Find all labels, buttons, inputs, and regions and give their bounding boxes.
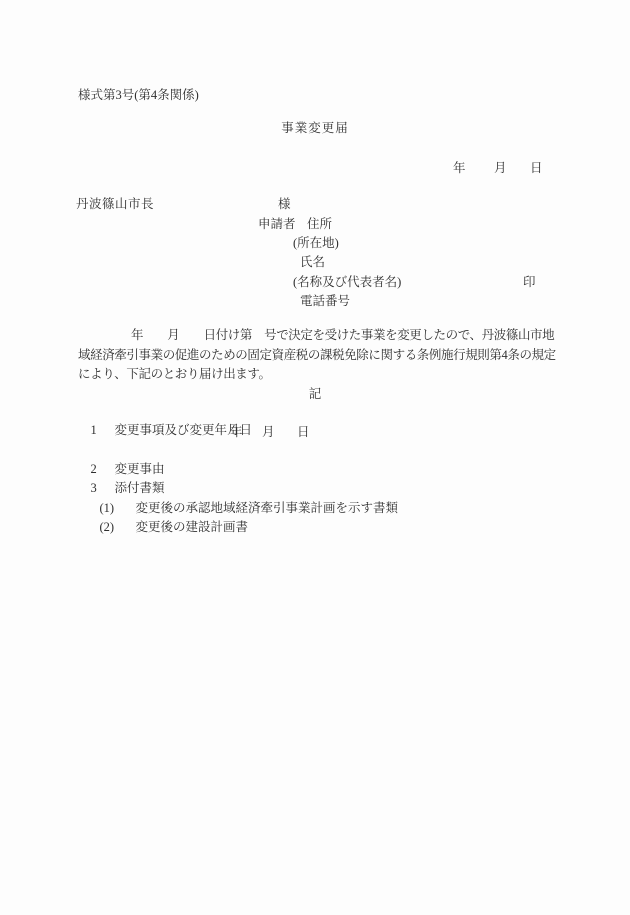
applicant-address-label: 住所 bbox=[307, 216, 332, 234]
body-paragraph: 年 月 日付け第 号で決定を受けた事業を変更したので、丹波篠山市地 域経済牽引事… bbox=[78, 326, 568, 385]
applicant-label: 申請者 bbox=[258, 216, 296, 234]
applicant-name-note: (名称及び代表者名) bbox=[293, 274, 401, 292]
sub-list-item-2-number: (2) bbox=[100, 519, 136, 537]
form-document: 様式第3号(第4条関係) 事業変更届 年 月 日 丹波篠山市長 様 申請者 住所… bbox=[0, 0, 630, 915]
list-item-1-number: 1 bbox=[91, 422, 115, 440]
header-date-year-label: 年 bbox=[453, 160, 466, 178]
body-line-1: 年 月 日付け第 号で決定を受けた事業を変更したので、丹波篠山市地 bbox=[78, 326, 568, 346]
item-date-month-label: 月 bbox=[262, 424, 275, 442]
addressee-name: 丹波篠山市長 bbox=[76, 196, 154, 214]
addressee-honorific: 様 bbox=[278, 196, 291, 214]
form-number-label: 様式第3号(第4条関係) bbox=[78, 87, 199, 105]
header-date-day-label: 日 bbox=[530, 160, 543, 178]
document-title: 事業変更届 bbox=[0, 120, 630, 138]
seal-mark: 印 bbox=[523, 274, 536, 292]
item-date-day-label: 日 bbox=[297, 424, 310, 442]
applicant-address-note: (所在地) bbox=[293, 235, 339, 253]
record-heading: 記 bbox=[0, 386, 630, 404]
applicant-name-label: 氏名 bbox=[300, 254, 325, 272]
header-date-month-label: 月 bbox=[494, 160, 507, 178]
applicant-phone-label: 電話番号 bbox=[300, 293, 350, 311]
sub-list-item-2-text: 変更後の建設計画書 bbox=[136, 520, 249, 534]
item-date-year-label: 年 bbox=[230, 424, 243, 442]
body-line-3: により、下記のとおり届け出ます。 bbox=[78, 365, 568, 385]
body-line-2: 域経済牽引事業の促進のための固定資産税の課税免除に関する条例施行規則第4条の規定 bbox=[78, 346, 568, 366]
sub-list-item-2: (2)変更後の建設計画書 bbox=[87, 501, 248, 554]
